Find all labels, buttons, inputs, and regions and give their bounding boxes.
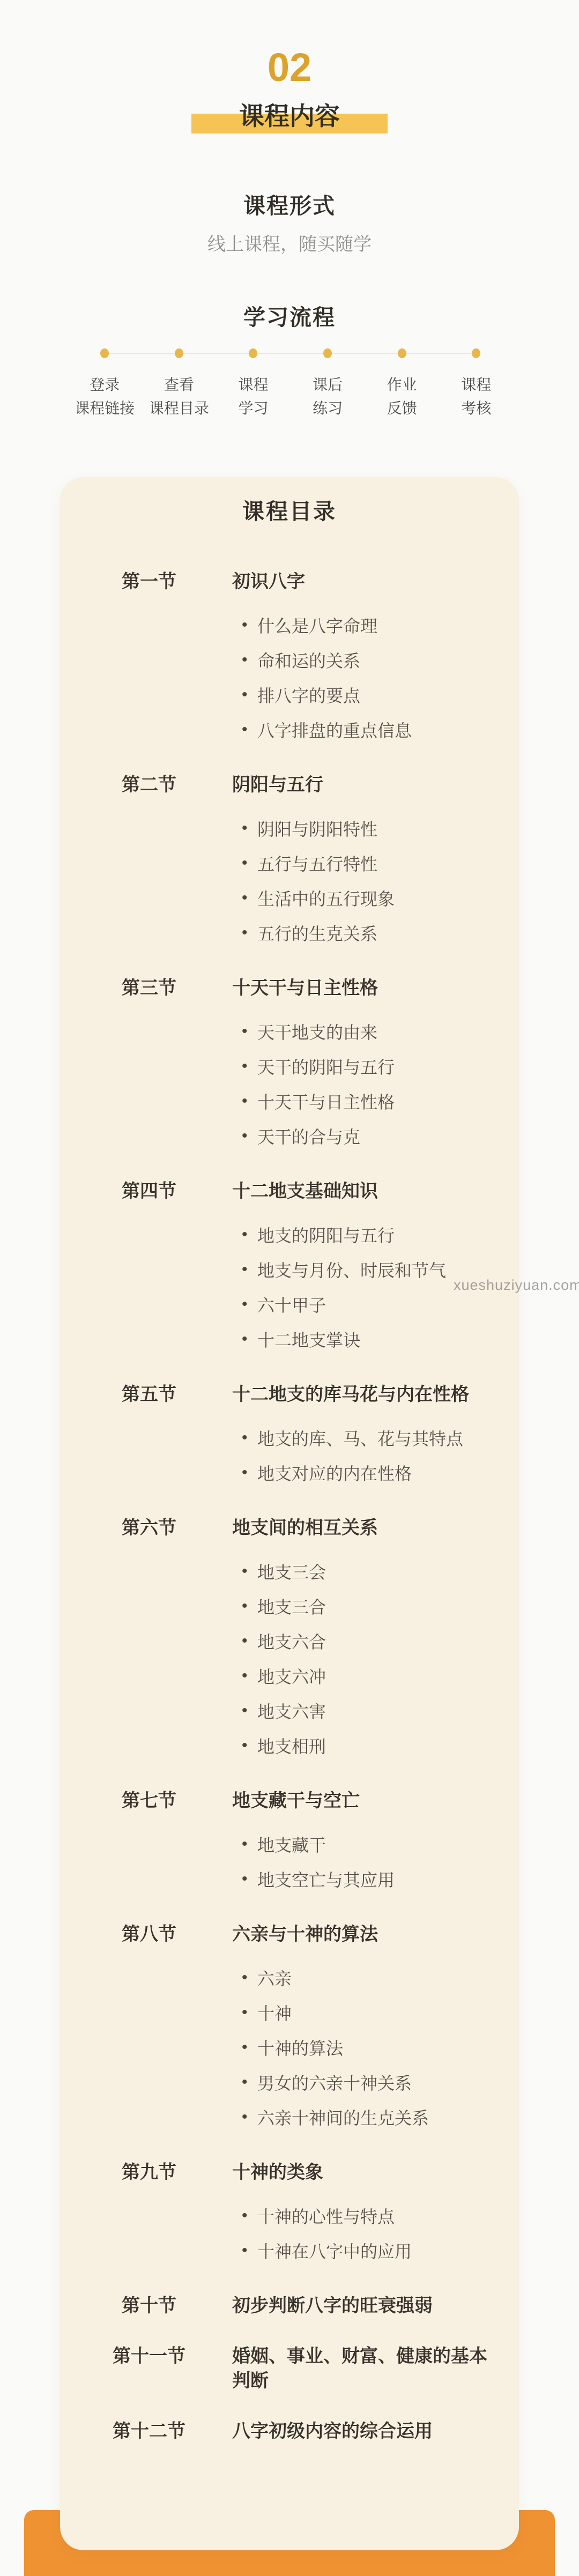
section-head: 第八节六亲与十神的算法 — [60, 1922, 519, 1947]
flow-step: 作业反馈 — [365, 348, 439, 420]
section-title-text: 十二地支的库马花与内在性格 — [232, 1382, 500, 1407]
flow-step: 课后练习 — [291, 348, 365, 420]
catalog-section-row: 第十二节八字初级内容的综合运用 — [60, 2419, 519, 2444]
course-format-description: 线上课程，随买随学 — [0, 234, 579, 255]
section-head: 第六节地支间的相互关系 — [60, 1516, 519, 1540]
section-topic-item: 五行的生克关系 — [242, 915, 519, 950]
section-topic-item: 天干地支的由来 — [242, 1014, 519, 1049]
section-label: 第三节 — [106, 976, 192, 1000]
section-head: 第三节十天干与日主性格 — [60, 976, 519, 1000]
section-topic-list: 六亲十神十神的算法男女的六亲十神关系六亲十神间的生克关系 — [60, 1960, 519, 2134]
section-head: 第九节十神的类象 — [60, 2160, 519, 2185]
learning-flow-timeline: 登录课程链接查看课程目录课程学习课后练习作业反馈课程考核 — [0, 348, 579, 420]
section-head: 第十二节八字初级内容的综合运用 — [60, 2419, 519, 2444]
catalog-section-row: 第三节十天干与日主性格天干地支的由来天干的阴阳与五行十天干与日主性格天干的合与克 — [60, 976, 519, 1153]
catalog-card: 课程目录 第一节初识八字什么是八字命理命和运的关系排八字的要点八字排盘的重点信息… — [60, 477, 519, 2550]
catalog-section: 课程目录 第一节初识八字什么是八字命理命和运的关系排八字的要点八字排盘的重点信息… — [0, 477, 579, 2576]
section-number: 02 — [0, 0, 579, 89]
flow-step-label: 登录课程链接 — [75, 373, 135, 420]
section-topic-item: 地支藏干 — [242, 1827, 519, 1861]
section-title-text: 地支间的相互关系 — [232, 1516, 500, 1540]
timeline-dot-icon — [249, 348, 257, 358]
timeline-dot-icon — [472, 348, 480, 358]
section-topic-item: 地支的阴阳与五行 — [242, 1217, 519, 1252]
catalog-section-row: 第七节地支藏干与空亡地支藏干地支空亡与其应用 — [60, 1788, 519, 1896]
section-label: 第八节 — [106, 1922, 192, 1947]
flow-step-label: 课程学习 — [238, 373, 268, 420]
section-label: 第二节 — [106, 773, 192, 797]
hero: 02 课程内容 — [0, 0, 579, 133]
catalog-section-row: 第十节初步判断八字的旺衰强弱 — [60, 2293, 519, 2318]
timeline-dot-icon — [100, 348, 109, 358]
section-topic-item: 天干的合与克 — [242, 1118, 519, 1153]
section-topic-item: 天干的阴阳与五行 — [242, 1049, 519, 1083]
section-label: 第七节 — [106, 1788, 192, 1813]
section-topic-item: 地支六合 — [242, 1623, 519, 1658]
catalog-section-row: 第八节六亲与十神的算法六亲十神十神的算法男女的六亲十神关系六亲十神间的生克关系 — [60, 1922, 519, 2134]
section-head: 第二节阴阳与五行 — [60, 773, 519, 797]
flow-step-label: 作业反馈 — [387, 373, 417, 420]
section-head: 第五节十二地支的库马花与内在性格 — [60, 1382, 519, 1407]
section-head: 第一节初识八字 — [60, 569, 519, 594]
section-topic-item: 八字排盘的重点信息 — [242, 712, 519, 747]
section-topic-item: 地支三会 — [242, 1554, 519, 1588]
section-title-text: 地支藏干与空亡 — [232, 1788, 500, 1813]
section-label: 第九节 — [106, 2160, 192, 2185]
section-title-text: 六亲与十神的算法 — [232, 1922, 500, 1947]
flow-step-label: 查看课程目录 — [149, 373, 209, 420]
section-head: 第七节地支藏干与空亡 — [60, 1788, 519, 1813]
catalog-sections: 第一节初识八字什么是八字命理命和运的关系排八字的要点八字排盘的重点信息第二节阴阳… — [60, 569, 519, 2444]
section-head: 第十一节婚姻、事业、财富、健康的基本判断 — [60, 2344, 519, 2393]
section-title-text: 十神的类象 — [232, 2160, 500, 2185]
section-topic-item: 十神的心性与特点 — [242, 2198, 519, 2233]
section-topic-item: 六亲 — [242, 1960, 519, 1995]
section-topic-item: 地支六害 — [242, 1693, 519, 1728]
timeline-dot-icon — [323, 348, 332, 358]
section-label: 第十二节 — [106, 2419, 192, 2444]
watermark: xueshuziyuan.com — [454, 1277, 579, 1294]
section-title-banner: 课程内容 — [0, 101, 579, 133]
section-head: 第十节初步判断八字的旺衰强弱 — [60, 2293, 519, 2318]
section-topic-item: 十神的算法 — [242, 2030, 519, 2065]
section-topic-item: 地支空亡与其应用 — [242, 1861, 519, 1896]
flow-steps: 登录课程链接查看课程目录课程学习课后练习作业反馈课程考核 — [68, 348, 514, 420]
section-topic-item: 地支相刑 — [242, 1728, 519, 1763]
flow-step-label: 课程考核 — [461, 373, 491, 420]
section-title: 课程内容 — [239, 102, 340, 130]
catalog-section-row: 第十一节婚姻、事业、财富、健康的基本判断 — [60, 2344, 519, 2393]
section-label: 第一节 — [106, 569, 192, 594]
section-label: 第六节 — [106, 1516, 192, 1540]
timeline-dot-icon — [175, 348, 183, 358]
section-topic-item: 十天干与日主性格 — [242, 1083, 519, 1118]
page: 02 课程内容 课程形式 线上课程，随买随学 学习流程 登录课程链接查看课程目录… — [0, 0, 579, 2576]
learning-flow-heading: 学习流程 — [0, 303, 579, 331]
section-topic-item: 命和运的关系 — [242, 642, 519, 677]
section-topic-list: 地支藏干地支空亡与其应用 — [60, 1827, 519, 1896]
flow-step: 课程学习 — [216, 348, 291, 420]
section-topic-item: 地支三合 — [242, 1588, 519, 1623]
section-topic-item: 十神 — [242, 1995, 519, 2030]
section-title-text: 十二地支基础知识 — [232, 1179, 500, 1204]
section-topic-item: 什么是八字命理 — [242, 607, 519, 642]
section-topic-item: 阴阳与阴阳特性 — [242, 811, 519, 845]
section-topic-list: 阴阳与阴阳特性五行与五行特性生活中的五行现象五行的生克关系 — [60, 811, 519, 950]
section-topic-item: 十神在八字中的应用 — [242, 2233, 519, 2268]
section-topic-list: 什么是八字命理命和运的关系排八字的要点八字排盘的重点信息 — [60, 607, 519, 747]
catalog-section-row: 第五节十二地支的库马花与内在性格地支的库、马、花与其特点地支对应的内在性格 — [60, 1382, 519, 1490]
flow-step-label: 课后练习 — [313, 373, 343, 420]
section-label: 第四节 — [106, 1179, 192, 1204]
section-topic-item: 地支六冲 — [242, 1658, 519, 1693]
catalog-section-row: 第一节初识八字什么是八字命理命和运的关系排八字的要点八字排盘的重点信息 — [60, 569, 519, 747]
section-title-text: 婚姻、事业、财富、健康的基本判断 — [232, 2344, 500, 2393]
section-head: 第四节十二地支基础知识 — [60, 1179, 519, 1204]
catalog-section-row: 第九节十神的类象十神的心性与特点十神在八字中的应用 — [60, 2160, 519, 2268]
section-title-text: 八字初级内容的综合运用 — [232, 2419, 500, 2444]
section-topic-list: 十神的心性与特点十神在八字中的应用 — [60, 2198, 519, 2268]
flow-step: 课程考核 — [439, 348, 514, 420]
section-topic-item: 地支的库、马、花与其特点 — [242, 1420, 519, 1455]
section-topic-list: 地支的阴阳与五行地支与月份、时辰和节气六十甲子十二地支掌诀 — [60, 1217, 519, 1356]
flow-step: 查看课程目录 — [142, 348, 217, 420]
section-topic-list: 地支三会地支三合地支六合地支六冲地支六害地支相刑 — [60, 1554, 519, 1763]
section-topic-item: 排八字的要点 — [242, 677, 519, 712]
course-format-heading: 课程形式 — [0, 192, 579, 220]
section-title-text: 十天干与日主性格 — [232, 976, 500, 1000]
section-title-text: 初识八字 — [232, 569, 500, 594]
section-topic-item: 男女的六亲十神关系 — [242, 2065, 519, 2099]
section-topic-item: 五行与五行特性 — [242, 845, 519, 880]
section-topic-item: 生活中的五行现象 — [242, 880, 519, 915]
section-label: 第五节 — [106, 1382, 192, 1407]
section-topic-item: 十二地支掌诀 — [242, 1322, 519, 1356]
catalog-title: 课程目录 — [60, 477, 519, 525]
section-title-text: 初步判断八字的旺衰强弱 — [232, 2293, 500, 2318]
section-topic-list: 地支的库、马、花与其特点地支对应的内在性格 — [60, 1420, 519, 1490]
flow-step: 登录课程链接 — [68, 348, 142, 420]
catalog-section-row: 第四节十二地支基础知识地支的阴阳与五行地支与月份、时辰和节气六十甲子十二地支掌诀 — [60, 1179, 519, 1356]
section-title-text: 阴阳与五行 — [232, 773, 500, 797]
section-label: 第十一节 — [106, 2344, 192, 2369]
section-topic-item: 六亲十神间的生克关系 — [242, 2099, 519, 2134]
catalog-section-row: 第六节地支间的相互关系地支三会地支三合地支六合地支六冲地支六害地支相刑 — [60, 1516, 519, 1763]
section-topic-list: 天干地支的由来天干的阴阳与五行十天干与日主性格天干的合与克 — [60, 1014, 519, 1153]
catalog-section-row: 第二节阴阳与五行阴阳与阴阳特性五行与五行特性生活中的五行现象五行的生克关系 — [60, 773, 519, 950]
section-label: 第十节 — [106, 2293, 192, 2318]
timeline-dot-icon — [398, 348, 406, 358]
section-topic-item: 地支对应的内在性格 — [242, 1455, 519, 1490]
